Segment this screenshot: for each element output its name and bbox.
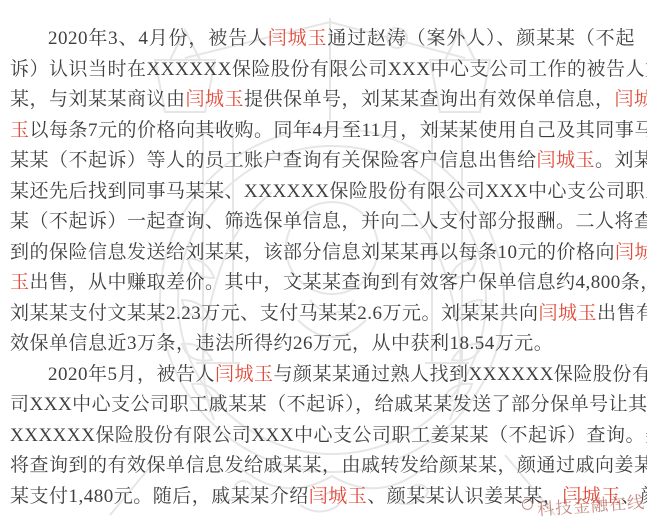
defendant-name-highlight: 玉 <box>10 120 30 141</box>
defendant-name-highlight: 闫城玉 <box>186 89 245 110</box>
text-line: 玉出售，从中赚取差价。其中，文某某查询到有效客户保单信息约4,800条， <box>10 268 635 299</box>
text-segment: 刘某某支付文某某2.23万元、支付马某某2.6万元。刘某某共向 <box>10 303 539 324</box>
text-segment: 诉）认识当时在XXXXXX保险股份有限公司XXX中心支公司工作的被告人刘某 <box>10 59 647 80</box>
text-line: 将查询到的有效保单信息发给戚某某，由戚转发给颜某某，颜通过戚向姜某 <box>10 451 635 482</box>
text-segment: 2020年3、4月份，被告人 <box>48 28 268 49</box>
text-segment: 、颜某某认识姜某某， <box>367 486 562 507</box>
defendant-name-highlight: 闫城玉 <box>537 150 596 171</box>
text-segment: 与颜某某通过熟人找到XXXXXX保险股份有限公 <box>274 364 647 385</box>
text-segment: 通过赵涛（案外人）、颜某某（不起 <box>327 28 635 49</box>
text-line: 玉以每条7元的价格向其收购。同年4月至11月，刘某某使用自己及其同事马 <box>10 116 635 147</box>
text-segment: 出售有 <box>597 303 647 324</box>
text-line: 刘某某支付文某某2.23万元、支付马某某2.6万元。刘某某共向闫城玉出售有 <box>10 299 635 330</box>
text-segment: XXXXXX保险股份有限公司XXX中心支公司职工姜某某（不起诉）查询。姜某某 <box>10 425 647 446</box>
text-segment: 司XXX中心支公司职工戚某某（不起诉），给戚某某发送了部分保单号让其找 <box>10 394 647 415</box>
text-segment: 2020年5月，被告人 <box>48 364 215 385</box>
defendant-name-highlight: 闫城玉 <box>539 303 598 324</box>
text-segment: 、颜 <box>621 486 647 507</box>
defendant-name-highlight: 闫城 <box>615 242 647 263</box>
text-segment: 提供保单号，刘某某查询出有效保单信息， <box>244 89 615 110</box>
text-segment: 效保单信息近3万条，违法所得约26万元，从中获利18.54万元。 <box>10 333 553 354</box>
text-line: 诉）认识当时在XXXXXX保险股份有限公司XXX中心支公司工作的被告人刘某 <box>10 55 635 86</box>
text-segment: 以每条7元的价格向其收购。同年4月至11月，刘某某使用自己及其同事马 <box>30 120 647 141</box>
text-line: 到的保险信息发送给刘某某，该部分信息刘某某再以每条10元的价格向闫城 <box>10 238 635 269</box>
defendant-name-highlight: 闫城玉 <box>215 364 274 385</box>
text-segment: 某支付1,480元。随后，戚某某介绍 <box>10 486 309 507</box>
defendant-name-highlight: 闫城玉 <box>309 486 368 507</box>
paragraph: 2020年3、4月份，被告人闫城玉通过赵涛（案外人）、颜某某（不起诉）认识当时在… <box>10 24 635 360</box>
text-segment: 某（不起诉）一起查询、筛选保单信息，并向二人支付部分报酬。二人将查 <box>10 211 647 232</box>
text-segment: 某还先后找到同事马某某、XXXXXX保险股份有限公司XXX中心支公司职工文某 <box>10 181 647 202</box>
text-line: 2020年5月，被告人闫城玉与颜某某通过熟人找到XXXXXX保险股份有限公 <box>10 360 635 391</box>
text-line: XXXXXX保险股份有限公司XXX中心支公司职工姜某某（不起诉）查询。姜某某 <box>10 421 635 452</box>
defendant-name-highlight: 玉 <box>10 272 30 293</box>
text-segment: 某，与刘某某商议由 <box>10 89 186 110</box>
text-line: 2020年3、4月份，被告人闫城玉通过赵涛（案外人）、颜某某（不起 <box>10 24 635 55</box>
text-line: 某，与刘某某商议由闫城玉提供保单号，刘某某查询出有效保单信息，闫城 <box>10 85 635 116</box>
text-line: 某（不起诉）一起查询、筛选保单信息，并向二人支付部分报酬。二人将查 <box>10 207 635 238</box>
text-line: 某某（不起诉）等人的员工账户查询有关保险客户信息出售给闫城玉。刘某 <box>10 146 635 177</box>
document-text: 2020年3、4月份，被告人闫城玉通过赵涛（案外人）、颜某某（不起诉）认识当时在… <box>0 0 647 521</box>
text-line: 司XXX中心支公司职工戚某某（不起诉），给戚某某发送了部分保单号让其找 <box>10 390 635 421</box>
defendant-name-highlight: 闫城玉 <box>268 28 328 49</box>
text-segment: 某某（不起诉）等人的员工账户查询有关保险客户信息出售给 <box>10 150 537 171</box>
text-line: 某支付1,480元。随后，戚某某介绍闫城玉、颜某某认识姜某某，闫城玉、颜 <box>10 482 635 513</box>
text-segment: 。刘某 <box>595 150 647 171</box>
paragraph: 2020年5月，被告人闫城玉与颜某某通过熟人找到XXXXXX保险股份有限公司XX… <box>10 360 635 513</box>
text-line: 某还先后找到同事马某某、XXXXXX保险股份有限公司XXX中心支公司职工文某 <box>10 177 635 208</box>
defendant-name-highlight: 闫城玉 <box>562 486 621 507</box>
judgment-document-page: 2020年3、4月份，被告人闫城玉通过赵涛（案外人）、颜某某（不起诉）认识当时在… <box>0 0 647 521</box>
defendant-name-highlight: 闫城 <box>615 89 647 110</box>
text-segment: 出售，从中赚取差价。其中，文某某查询到有效客户保单信息约4,800条， <box>30 272 647 293</box>
text-segment: 将查询到的有效保单信息发给戚某某，由戚转发给颜某某，颜通过戚向姜某 <box>10 455 647 476</box>
text-line: 效保单信息近3万条，违法所得约26万元，从中获利18.54万元。 <box>10 329 635 360</box>
text-segment: 到的保险信息发送给刘某某，该部分信息刘某某再以每条10元的价格向 <box>10 242 615 263</box>
